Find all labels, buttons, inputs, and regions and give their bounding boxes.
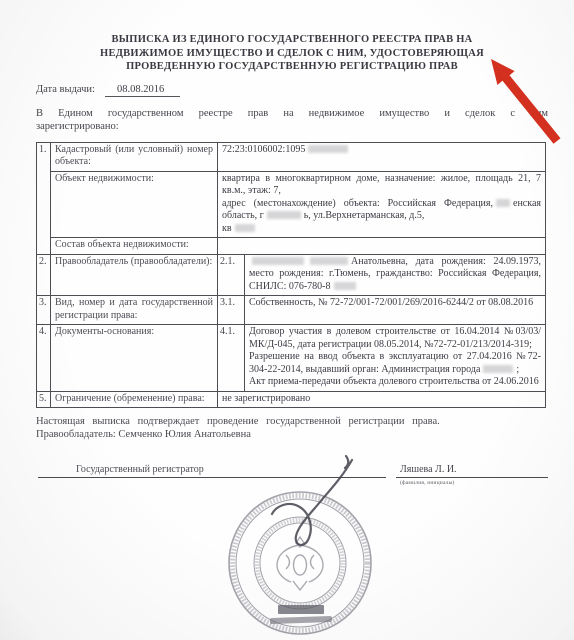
stamp-inner-text-ring bbox=[257, 520, 343, 606]
issue-date-line: Дата выдачи:08.08.2016 bbox=[36, 84, 548, 97]
rights-holder-value: Анатольевна, дата рождения: 24.09.1973, … bbox=[245, 254, 546, 296]
row-property-object: Объект недвижимости: квартира в многоква… bbox=[37, 171, 546, 238]
basis-documents-value: Договор участия в долевом строительстве … bbox=[245, 325, 546, 392]
holder-statement: Правообладатель: Семченко Юлия Анатольев… bbox=[36, 428, 548, 441]
basis-documents-label: Документы-основания: bbox=[51, 325, 218, 392]
address-part-1: адрес (местонахождение) объекта: Российс… bbox=[222, 198, 493, 209]
cadastral-number-label: Кадастровый (или условный) номер объекта… bbox=[51, 142, 218, 171]
redacted-area bbox=[308, 145, 348, 153]
basis-documents-subnumber: 4.1. bbox=[218, 325, 245, 392]
intro-paragraph: В Едином государственном реестре прав на… bbox=[36, 107, 548, 133]
cadastral-number-text: 72:23:0106002:1095 bbox=[222, 144, 305, 155]
redacted-area bbox=[310, 257, 348, 265]
row-registration-type: 3. Вид, номер и дата государственной рег… bbox=[37, 296, 546, 325]
redacted-area bbox=[334, 282, 356, 290]
basis-document-2-tail: ; bbox=[516, 364, 519, 375]
stamp-middle-ring bbox=[254, 517, 346, 609]
row-number-4: 4. bbox=[37, 325, 51, 392]
row-number-3: 3. bbox=[37, 296, 51, 325]
property-composition-label: Состав объекта недвижимости: bbox=[51, 238, 218, 255]
cadastral-number-value: 72:23:0106002:1095 bbox=[218, 142, 546, 171]
stamp-outer-text-ring bbox=[233, 496, 368, 631]
redacted-area bbox=[252, 257, 304, 265]
stamp-eagle-emblem bbox=[277, 537, 323, 590]
issue-date-label: Дата выдачи: bbox=[36, 84, 95, 95]
redacted-area bbox=[235, 224, 255, 232]
confirmation-statement: Настоящая выписка подтверждает проведени… bbox=[36, 415, 548, 428]
rights-holder-subnumber: 2.1. bbox=[218, 254, 245, 296]
issue-date-value: 08.08.2016 bbox=[105, 84, 180, 97]
registrar-name-line bbox=[396, 477, 548, 478]
registrar-name-caption: (фамилия, инициалы) bbox=[400, 480, 455, 486]
stamp-number-block bbox=[270, 605, 332, 624]
basis-document-1: Договор участия в долевом строительстве … bbox=[249, 326, 541, 351]
registry-table: 1. Кадастровый (или условный) номер объе… bbox=[36, 142, 546, 409]
stamp-outer-ring bbox=[229, 492, 371, 634]
property-address: адрес (местонахождение) объекта: Российс… bbox=[222, 198, 541, 223]
registrar-name: Ляшева Л. И. bbox=[400, 464, 457, 475]
stamp-outer-inner-ring bbox=[236, 499, 364, 627]
apartment-line: кв bbox=[222, 223, 541, 236]
property-composition-value bbox=[218, 238, 546, 255]
title-line-1: ВЫПИСКА ИЗ ЕДИНОГО ГОСУДАРСТВЕННОГО РЕЕС… bbox=[36, 33, 548, 47]
row-cadastral-number: 1. Кадастровый (или условный) номер объе… bbox=[37, 142, 546, 171]
scanned-document: ВЫПИСКА ИЗ ЕДИНОГО ГОСУДАРСТВЕННОГО РЕЕС… bbox=[0, 0, 574, 640]
rights-holder-label: Правообладатель (правообладатели): bbox=[51, 254, 218, 296]
property-object-label: Объект недвижимости: bbox=[51, 171, 218, 238]
signature-row: Государственный регистратор Ляшева Л. И.… bbox=[36, 463, 548, 497]
address-part-3: ь, ул.Верхнетарманская, д.5, bbox=[304, 210, 425, 221]
redacted-area bbox=[483, 365, 513, 373]
registrar-label: Государственный регистратор bbox=[76, 464, 204, 475]
row-basis-documents: 4. Документы-основания: 4.1. Договор уча… bbox=[37, 325, 546, 392]
title-line-3: ПРОВЕДЕННУЮ ГОСУДАРСТВЕННУЮ РЕГИСТРАЦИЮ … bbox=[36, 60, 548, 74]
stamp-inner-ring bbox=[260, 523, 340, 603]
row-number-2: 2. bbox=[37, 254, 51, 296]
redacted-area bbox=[496, 199, 510, 207]
registration-type-value: Собственность, № 72-72/001-72/001/269/20… bbox=[245, 296, 546, 325]
document-title: ВЫПИСКА ИЗ ЕДИНОГО ГОСУДАРСТВЕННОГО РЕЕС… bbox=[36, 33, 548, 74]
registrar-signature-line bbox=[38, 477, 386, 478]
basis-document-3: Акт приема-передачи объекта долевого стр… bbox=[249, 376, 541, 389]
row-number-1: 1. bbox=[37, 142, 51, 254]
row-property-composition: Состав объекта недвижимости: bbox=[37, 238, 546, 255]
row-rights-holder: 2. Правообладатель (правообладатели): 2.… bbox=[37, 254, 546, 296]
property-object-value: квартира в многоквартирном доме, назначе… bbox=[218, 171, 546, 238]
redacted-area bbox=[267, 211, 301, 219]
property-description: квартира в многоквартирном доме, назначе… bbox=[222, 173, 541, 198]
official-round-stamp bbox=[218, 485, 382, 640]
encumbrance-value: не зарегистрировано bbox=[218, 391, 546, 408]
title-line-2: НЕДВИЖИМОЕ ИМУЩЕСТВО И СДЕЛОК С НИМ, УДО… bbox=[36, 47, 548, 61]
basis-document-2: Разрешение на ввод объекта в эксплуатаци… bbox=[249, 351, 541, 376]
registration-type-label: Вид, номер и дата государственной регист… bbox=[51, 296, 218, 325]
row-number-5: 5. bbox=[37, 391, 51, 408]
registration-type-subnumber: 3.1. bbox=[218, 296, 245, 325]
encumbrance-label: Ограничение (обременение) права: bbox=[51, 391, 218, 408]
document-content: ВЫПИСКА ИЗ ЕДИНОГО ГОСУДАРСТВЕННОГО РЕЕС… bbox=[36, 0, 548, 497]
row-encumbrance: 5. Ограничение (обременение) права: не з… bbox=[37, 391, 546, 408]
apartment-label: кв bbox=[222, 223, 232, 234]
footer-block: Настоящая выписка подтверждает проведени… bbox=[36, 415, 548, 441]
